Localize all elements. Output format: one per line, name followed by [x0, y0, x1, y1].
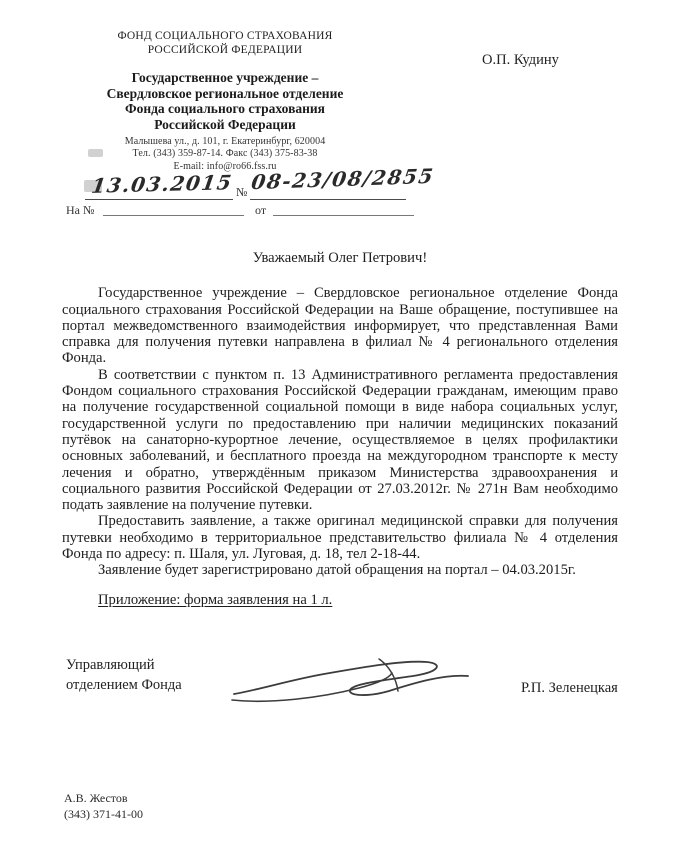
incoming-date-label: от [255, 203, 266, 218]
handwritten-outgoing-number: 08-23/08/2855 [250, 164, 436, 194]
attachment-text: Приложение: форма заявления на 1 л. [98, 592, 332, 608]
org-name-line2: РОССИЙСКОЙ ФЕДЕРАЦИИ [55, 44, 395, 58]
body-paragraph-3: Предоставить заявление, а также оригинал… [62, 513, 618, 562]
institution-line: Свердловское региональное отделение [55, 86, 395, 102]
institution-line: Российской Федерации [55, 117, 395, 133]
scan-smudge [88, 149, 103, 157]
addressee-name: О.П. Кудину [482, 52, 559, 69]
salutation: Уважаемый Олег Петрович! [62, 250, 618, 266]
letter-body: Уважаемый Олег Петрович! Государственное… [62, 250, 618, 608]
incoming-number-label: На № [66, 203, 94, 218]
scanned-letter-page: ФОНД СОЦИАЛЬНОГО СТРАХОВАНИЯ РОССИЙСКОЙ … [0, 0, 680, 860]
signer-title-line1: Управляющий [66, 656, 182, 676]
incoming-date-blank [273, 215, 414, 216]
handwritten-date: 13.03.2015 [90, 170, 234, 198]
incoming-number-blank [103, 215, 244, 216]
org-name-block: ФОНД СОЦИАЛЬНОГО СТРАХОВАНИЯ РОССИЙСКОЙ … [55, 30, 395, 57]
body-paragraph-1: Государственное учреждение – Свердловско… [62, 285, 618, 366]
institution-line: Государственное учреждение – [55, 70, 395, 86]
signer-title-line2: отделением Фонда [66, 676, 182, 696]
signature-scribble-icon [228, 650, 478, 710]
signer-title: Управляющий отделением Фонда [66, 656, 182, 695]
date-underline [85, 199, 233, 200]
org-name-line1: ФОНД СОЦИАЛЬНОГО СТРАХОВАНИЯ [55, 30, 395, 44]
institution-line: Фонда социального страхования [55, 101, 395, 117]
executor-name: А.В. Жестов [64, 791, 143, 807]
body-paragraph-2: В соответствии с пунктом п. 13 Администр… [62, 367, 618, 514]
number-sign: № [236, 185, 247, 200]
phone-fax-line: Тел. (343) 359-87-14. Факс (343) 375-83-… [55, 148, 395, 160]
street-address: Малышева ул., д. 101, г. Екатеринбург, 6… [55, 136, 395, 148]
number-underline [250, 199, 406, 200]
attachment-line: Приложение: форма заявления на 1 л. [62, 592, 618, 608]
signer-name: Р.П. Зеленецкая [521, 680, 618, 697]
body-paragraph-4: Заявление будет зарегистрировано датой о… [62, 562, 618, 578]
institution-block: Государственное учреждение – Свердловско… [55, 70, 395, 132]
executor-phone: (343) 371-41-00 [64, 807, 143, 823]
executor-block: А.В. Жестов (343) 371-41-00 [64, 791, 143, 822]
